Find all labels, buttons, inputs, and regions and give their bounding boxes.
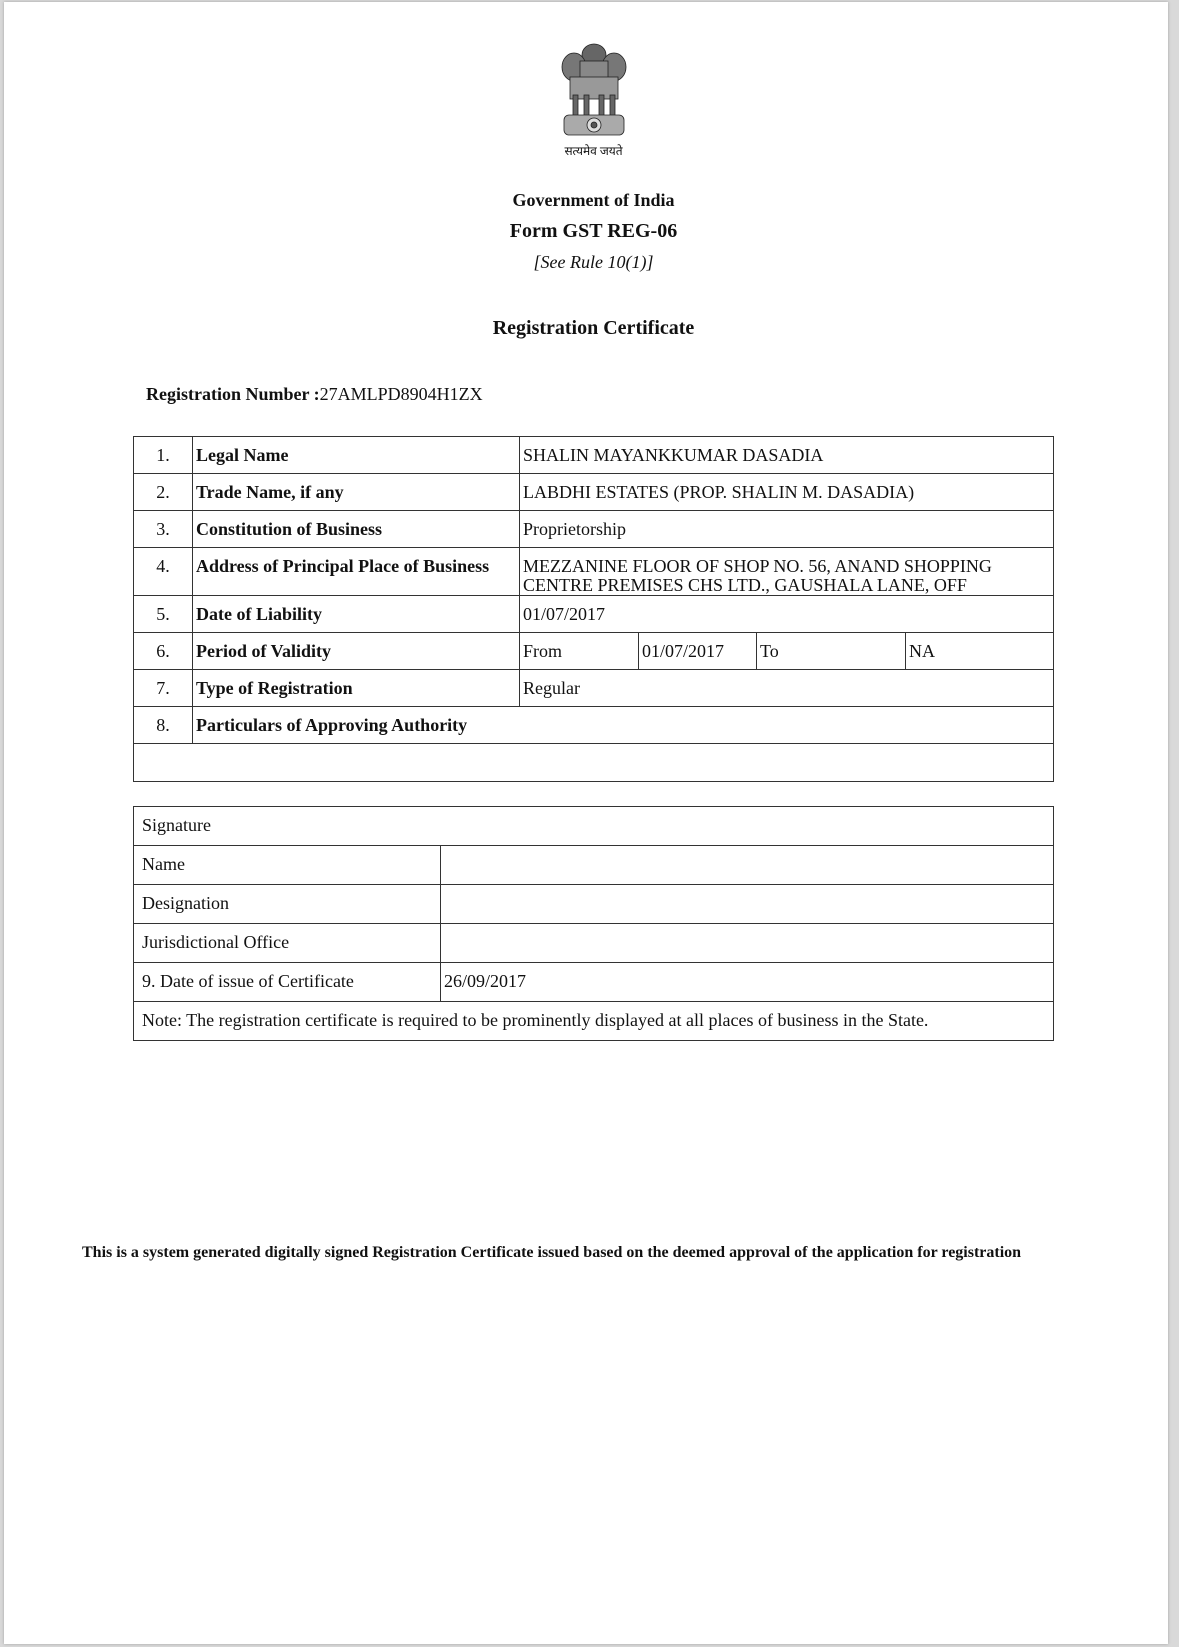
display-note: Note: The registration certificate is re… bbox=[134, 1002, 1054, 1041]
row-label: Date of Liability bbox=[193, 596, 520, 633]
designation-label: Designation bbox=[134, 885, 441, 924]
table-row: 2. Trade Name, if any LABDHI ESTATES (PR… bbox=[134, 474, 1054, 511]
row-label: Type of Registration bbox=[193, 670, 520, 707]
rule-reference: [See Rule 10(1)] bbox=[4, 252, 1179, 273]
name-value bbox=[441, 846, 1054, 885]
issue-date-value: 26/09/2017 bbox=[441, 963, 1054, 1002]
table-row: 1. Legal Name SHALIN MAYANKKUMAR DASADIA bbox=[134, 437, 1054, 474]
row-number: 2. bbox=[134, 474, 193, 511]
issue-date-label: 9. Date of issue of Certificate bbox=[134, 963, 441, 1002]
validity-period: From 01/07/2017 To NA bbox=[520, 633, 1054, 670]
row-label: Particulars of Approving Authority bbox=[193, 707, 1054, 744]
table-row: 4. Address of Principal Place of Busines… bbox=[134, 548, 1054, 596]
row-label: Trade Name, if any bbox=[193, 474, 520, 511]
row-number: 7. bbox=[134, 670, 193, 707]
jurisdictional-office-value bbox=[441, 924, 1054, 963]
designation-value bbox=[441, 885, 1054, 924]
row-label: Address of Principal Place of Business bbox=[193, 548, 520, 596]
signature-label: Signature bbox=[142, 815, 211, 835]
table-row: 7. Type of Registration Regular bbox=[134, 670, 1054, 707]
table-row: Designation bbox=[134, 885, 1054, 924]
row-number: 1. bbox=[134, 437, 193, 474]
row-number: 3. bbox=[134, 511, 193, 548]
row-label: Legal Name bbox=[193, 437, 520, 474]
to-value: NA bbox=[905, 633, 1053, 669]
registration-number-label: Registration Number : bbox=[146, 384, 320, 404]
trade-name-value: LABDHI ESTATES (PROP. SHALIN M. DASADIA) bbox=[520, 474, 1054, 511]
table-row: 3. Constitution of Business Proprietorsh… bbox=[134, 511, 1054, 548]
legal-name-value: SHALIN MAYANKKUMAR DASADIA bbox=[520, 437, 1054, 474]
national-emblem-icon bbox=[556, 37, 632, 141]
registration-number: Registration Number :27AMLPD8904H1ZX bbox=[146, 384, 483, 405]
form-heading: Form GST REG-06 bbox=[4, 220, 1179, 243]
certificate-details-table: 1. Legal Name SHALIN MAYANKKUMAR DASADIA… bbox=[133, 436, 1054, 782]
row-label: Constitution of Business bbox=[193, 511, 520, 548]
government-heading: Government of India bbox=[4, 190, 1179, 211]
signature-box: Signature bbox=[134, 807, 1054, 846]
jurisdictional-office-label: Jurisdictional Office bbox=[134, 924, 441, 963]
table-row: Jurisdictional Office bbox=[134, 924, 1054, 963]
row-number: 8. bbox=[134, 707, 193, 744]
table-row: 9. Date of issue of Certificate 26/09/20… bbox=[134, 963, 1054, 1002]
row-number: 6. bbox=[134, 633, 193, 670]
from-label: From bbox=[520, 633, 638, 669]
table-row: 6. Period of Validity From 01/07/2017 To… bbox=[134, 633, 1054, 670]
name-label: Name bbox=[134, 846, 441, 885]
authority-table: Signature Name Designation Jurisdictiona… bbox=[133, 806, 1054, 1041]
empty-row bbox=[134, 744, 1054, 782]
document-page: सत्यमेव जयते Government of India Form GS… bbox=[4, 2, 1168, 1644]
constitution-value: Proprietorship bbox=[520, 511, 1054, 548]
table-row: 8. Particulars of Approving Authority bbox=[134, 707, 1054, 744]
table-row: Name bbox=[134, 846, 1054, 885]
row-label: Period of Validity bbox=[193, 633, 520, 670]
row-number: 5. bbox=[134, 596, 193, 633]
from-value: 01/07/2017 bbox=[638, 633, 756, 669]
emblem-motto: सत्यमेव जयते bbox=[4, 142, 1179, 159]
table-row: 5. Date of Liability 01/07/2017 bbox=[134, 596, 1054, 633]
system-generated-note: This is a system generated digitally sig… bbox=[82, 1239, 1042, 1266]
registration-number-value: 27AMLPD8904H1ZX bbox=[320, 384, 483, 404]
to-label: To bbox=[756, 633, 905, 669]
row-number: 4. bbox=[134, 548, 193, 596]
certificate-title: Registration Certificate bbox=[4, 317, 1179, 340]
address-value: MEZZANINE FLOOR OF SHOP NO. 56, ANAND SH… bbox=[520, 548, 1054, 596]
registration-type-value: Regular bbox=[520, 670, 1054, 707]
liability-date-value: 01/07/2017 bbox=[520, 596, 1054, 633]
